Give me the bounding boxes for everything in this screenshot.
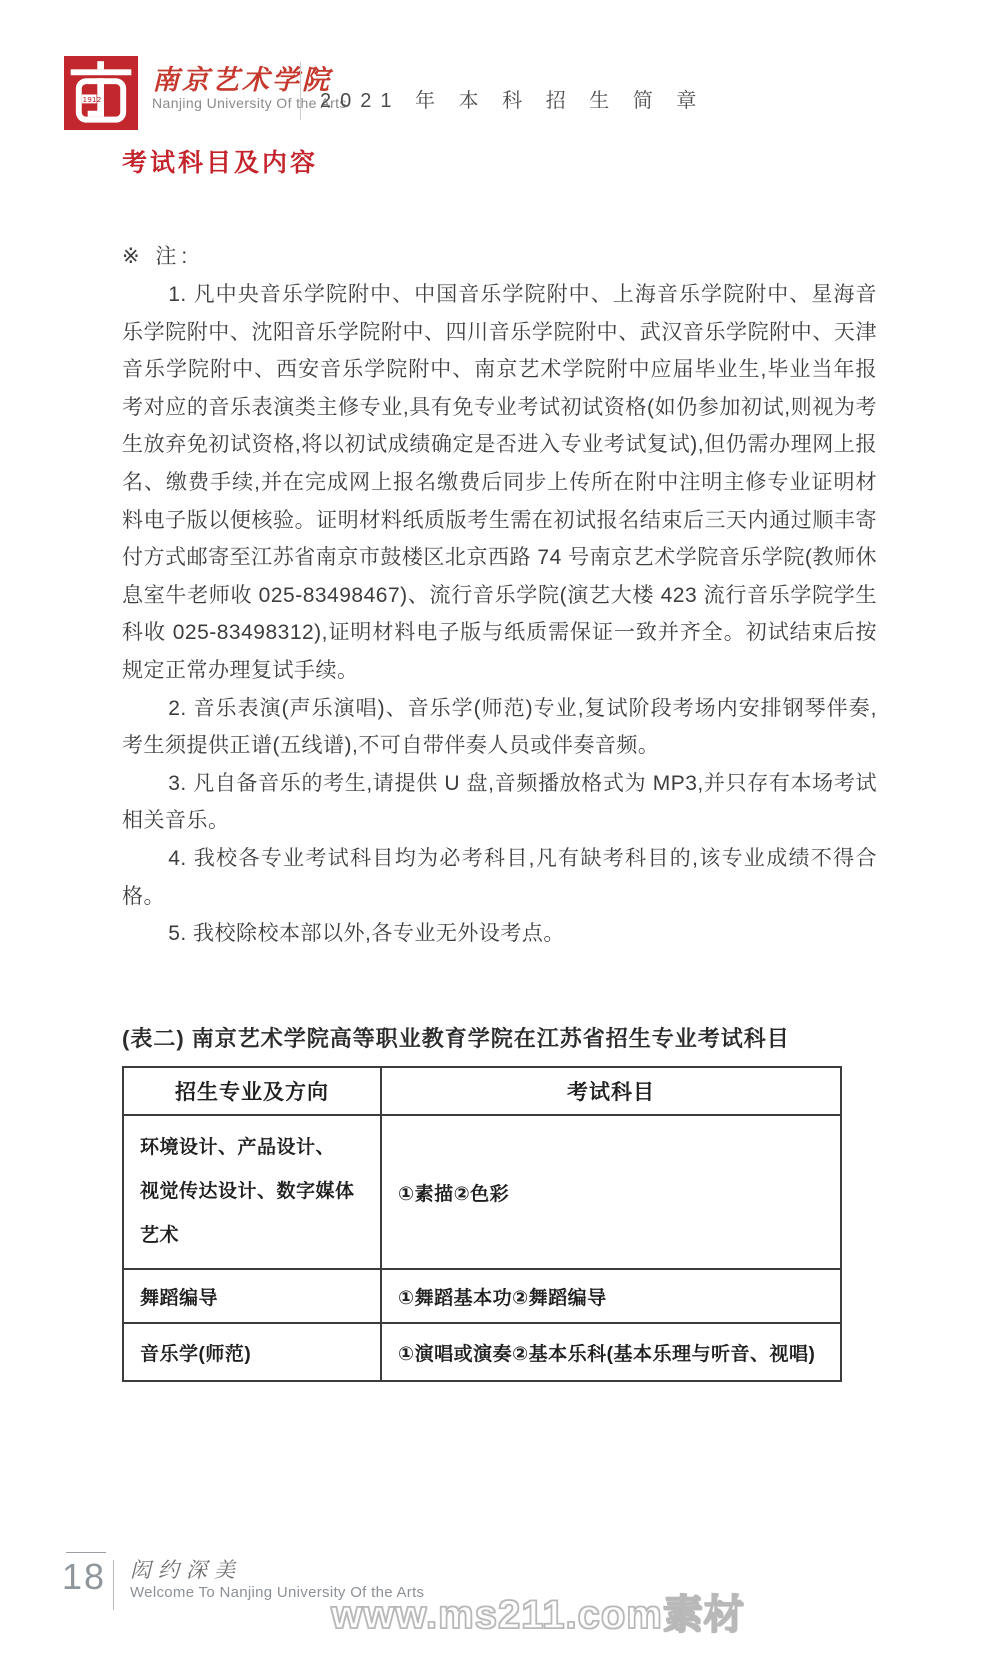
major-cell: 环境设计、产品设计、 视觉传达设计、数字媒体艺术 [123,1115,381,1269]
subjects-cell: ①演唱或演奏②基本乐科(基本乐理与听音、视唱) [381,1323,841,1381]
exam-subjects-table: 招生专业及方向 考试科目 环境设计、产品设计、 视觉传达设计、数字媒体艺术 ①素… [122,1066,842,1382]
page-number: 18 [62,1556,106,1598]
university-name-en: Nanjing University Of the Arts [152,95,347,111]
section-title: 考试科目及内容 [122,143,318,179]
table-caption: (表二) 南京艺术学院高等职业教育学院在江苏省招生专业考试科目 [122,1022,790,1053]
university-seal-logo-icon: 1912 [64,56,138,130]
footer-motto-cn: 闳约深美 [130,1554,242,1584]
note-label: ※ 注: [122,240,192,270]
notes-block: 1. 凡中央音乐学院附中、中国音乐学院附中、上海音乐学院附中、星海音乐学院附中、… [122,276,877,953]
site-watermark: www.ms211.com素材 [331,1583,745,1640]
column-header-major: 招生专业及方向 [123,1067,381,1115]
note-paragraph-5: 5. 我校除校本部以外,各专业无外设考点。 [122,915,877,953]
header-divider [300,62,301,120]
note-paragraph-4: 4. 我校各专业考试科目均为必考科目,凡有缺考科目的,该专业成绩不得合格。 [122,840,877,915]
major-cell: 舞蹈编导 [123,1269,381,1323]
note-paragraph-3: 3. 凡自备音乐的考生,请提供 U 盘,音频播放格式为 MP3,并只存有本场考试… [122,765,877,840]
university-name-cn: 南京艺术学院 [152,58,332,97]
note-paragraph-1: 1. 凡中央音乐学院附中、中国音乐学院附中、上海音乐学院附中、星海音乐学院附中、… [122,276,877,690]
footer-rule [66,1552,106,1553]
table-row: 舞蹈编导 ①舞蹈基本功②舞蹈编导 [123,1269,841,1323]
subjects-cell: ①舞蹈基本功②舞蹈编导 [381,1269,841,1323]
table-row: 环境设计、产品设计、 视觉传达设计、数字媒体艺术 ①素描②色彩 [123,1115,841,1269]
table-header-row: 招生专业及方向 考试科目 [123,1067,841,1115]
subjects-cell: ①素描②色彩 [381,1115,841,1269]
document-page: 1912 南京艺术学院 Nanjing University Of the Ar… [0,0,990,1666]
note-paragraph-2: 2. 音乐表演(声乐演唱)、音乐学(师范)专业,复试阶段考场内安排钢琴伴奏,考生… [122,690,877,765]
column-header-subjects: 考试科目 [381,1067,841,1115]
table-row: 音乐学(师范) ①演唱或演奏②基本乐科(基本乐理与听音、视唱) [123,1323,841,1381]
seal-year-text: 1912 [83,95,102,104]
major-cell: 音乐学(师范) [123,1323,381,1381]
document-title: 2021 年 本 科 招 生 简 章 [320,84,705,113]
footer-divider [113,1560,114,1610]
